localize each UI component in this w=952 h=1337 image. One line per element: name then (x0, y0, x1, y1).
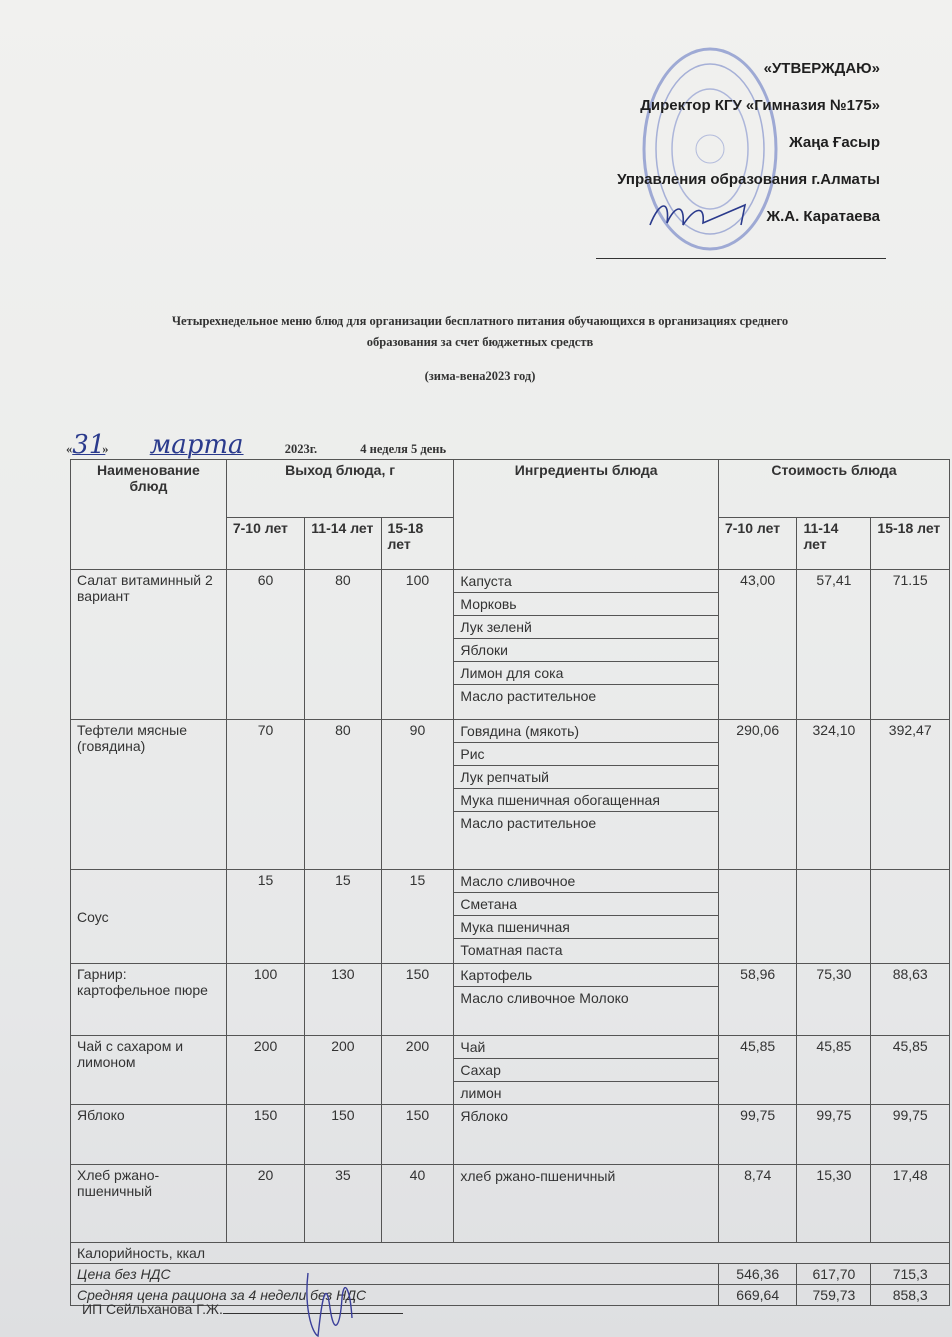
dish-price-age-1: 45,85 (718, 1036, 796, 1105)
dish-name: Яблоко (71, 1105, 227, 1165)
dish-weight-age-1: 100 (226, 964, 304, 1036)
ingredient-item: Капуста (454, 570, 718, 593)
date-line: «31» марта 2023г. 4 неделя 5 день (66, 430, 446, 460)
dish-weight-age-3: 40 (381, 1165, 454, 1243)
dish-price-age-2: 57,41 (797, 570, 871, 720)
dish-weight-age-3: 100 (381, 570, 454, 720)
title-line-2: образования за счет бюджетных средств (60, 332, 900, 353)
ingredient-item: Томатная паста (454, 939, 718, 961)
dish-weight-age-2: 80 (305, 720, 381, 870)
date-close-quote: » (102, 442, 108, 456)
dish-price-age-1: 8,74 (718, 1165, 796, 1243)
ingredient-item: лимон (454, 1082, 718, 1104)
dish-price-age-3: 392,47 (871, 720, 950, 870)
menu-row: Хлеб ржано-пшеничный203540хлеб ржано-пше… (71, 1165, 950, 1243)
menu-row: Гарнир: картофельное пюре100130150Картоф… (71, 964, 950, 1036)
dish-weight-age-2: 150 (305, 1105, 381, 1165)
menu-body: Салат витаминный 2 вариант6080100Капуста… (71, 570, 950, 1243)
director-signature-icon (645, 195, 755, 235)
dish-name: Чай с сахаром и лимоном (71, 1036, 227, 1105)
ingredient-item: Масло сливочное (454, 870, 718, 893)
approval-department: Управления образования г.Алматы (617, 161, 880, 198)
dish-price-age-2: 99,75 (797, 1105, 871, 1165)
dish-weight-age-1: 60 (226, 570, 304, 720)
dish-price-age-1: 290,06 (718, 720, 796, 870)
price-total-age-3: 715,3 (871, 1264, 950, 1285)
dish-weight-age-3: 200 (381, 1036, 454, 1105)
approval-position: Директор КГУ «Гимназия №175» (617, 87, 880, 124)
header-weight: Выход блюда, г (226, 460, 454, 518)
approval-school: Жаңа Ғасыр (617, 124, 880, 161)
header-dish-name: Наименование блюд (71, 460, 227, 570)
header-cost: Стоимость блюда (718, 460, 949, 518)
ingredient-item: Лимон для сока (454, 662, 718, 685)
header-cost-age-1: 7-10 лет (718, 518, 796, 570)
header-cost-age-3: 15-18 лет (871, 518, 950, 570)
dish-price-age-1: 99,75 (718, 1105, 796, 1165)
dish-name: Салат витаминный 2 вариант (71, 570, 227, 720)
dish-price-age-1: 58,96 (718, 964, 796, 1036)
ingredient-item: Чай (454, 1036, 718, 1059)
date-month: марта (112, 430, 282, 460)
dish-price-age-3 (871, 870, 950, 964)
ingredient-item: Масло растительное (454, 812, 718, 834)
dish-weight-age-1: 15 (226, 870, 304, 964)
dish-weight-age-2: 35 (305, 1165, 381, 1243)
dish-price-age-3: 17,48 (871, 1165, 950, 1243)
price-label: Цена без НДС (71, 1264, 719, 1285)
approval-signature-line (596, 258, 886, 259)
ingredient-item: Картофель (454, 964, 718, 987)
dish-ingredients: Яблоко (454, 1105, 719, 1165)
ingredient-item: Лук репчатый (454, 766, 718, 789)
price-total-age-1: 546,36 (718, 1264, 796, 1285)
ingredient-item: Мука пшеничная (454, 916, 718, 939)
dish-weight-age-1: 200 (226, 1036, 304, 1105)
date-year: 2023г. (285, 442, 317, 456)
avg-price-age-3: 858,3 (871, 1285, 950, 1306)
menu-row: Салат витаминный 2 вариант6080100Капуста… (71, 570, 950, 720)
dish-price-age-2 (797, 870, 871, 964)
document-title: Четырехнедельное меню блюд для организац… (60, 311, 900, 353)
approval-heading: «УТВЕРЖДАЮ» (617, 50, 880, 87)
dish-price-age-1: 43,00 (718, 570, 796, 720)
header-weight-age-3: 15-18 лет (381, 518, 454, 570)
dish-weight-age-3: 150 (381, 964, 454, 1036)
ingredient-item: Морковь (454, 593, 718, 616)
ingredient-item: Сметана (454, 893, 718, 916)
dish-ingredients: ЧайСахарлимон (454, 1036, 719, 1105)
ingredient-item: Сахар (454, 1059, 718, 1082)
supplier-name: ИП Сейльханова Г.Ж. (82, 1301, 223, 1317)
dish-weight-age-2: 80 (305, 570, 381, 720)
dish-name: Гарнир: картофельное пюре (71, 964, 227, 1036)
header-weight-age-1: 7-10 лет (226, 518, 304, 570)
avg-price-age-1: 669,64 (718, 1285, 796, 1306)
dish-name: Соус (71, 870, 227, 964)
dish-weight-age-2: 130 (305, 964, 381, 1036)
document-subtitle: (зима-вена2023 год) (60, 369, 900, 384)
dish-price-age-3: 99,75 (871, 1105, 950, 1165)
ingredient-item: Масло растительное (454, 685, 718, 707)
dish-ingredients: КапустаМорковьЛук зеленйЯблокиЛимон для … (454, 570, 719, 720)
totals-body: Калорийность, ккал Цена без НДС 546,36 6… (71, 1243, 950, 1306)
dish-weight-age-3: 150 (381, 1105, 454, 1165)
dish-name: Тефтели мясные (говядина) (71, 720, 227, 870)
price-total-age-2: 617,70 (797, 1264, 871, 1285)
dish-weight-age-2: 200 (305, 1036, 381, 1105)
ingredient-item: Масло сливочное Молоко (454, 987, 718, 1009)
header-ingredients: Ингредиенты блюда (454, 460, 719, 570)
ingredient-item: Мука пшеничная обогащенная (454, 789, 718, 812)
menu-row: Чай с сахаром и лимоном200200200ЧайСахар… (71, 1036, 950, 1105)
ingredient-item: Рис (454, 743, 718, 766)
dish-ingredients: Говядина (мякоть)РисЛук репчатыйМука пше… (454, 720, 719, 870)
dish-name: Хлеб ржано-пшеничный (71, 1165, 227, 1243)
ingredient-item: Яблоки (454, 639, 718, 662)
dish-price-age-3: 88,63 (871, 964, 950, 1036)
title-line-1: Четырехнедельное меню блюд для организац… (60, 311, 900, 332)
calories-label: Калорийность, ккал (71, 1243, 950, 1264)
menu-row: Соус151515Масло сливочноеСметанаМука пше… (71, 870, 950, 964)
avg-price-age-2: 759,73 (797, 1285, 871, 1306)
dish-weight-age-3: 15 (381, 870, 454, 964)
header-cost-age-2: 11-14 лет (797, 518, 871, 570)
dish-price-age-2: 45,85 (797, 1036, 871, 1105)
dish-ingredients: Масло сливочноеСметанаМука пшеничнаяТома… (454, 870, 719, 964)
dish-weight-age-1: 20 (226, 1165, 304, 1243)
ingredient-item: Яблоко (454, 1105, 718, 1127)
dish-price-age-3: 71.15 (871, 570, 950, 720)
dish-price-age-2: 15,30 (797, 1165, 871, 1243)
supplier-signature-icon (300, 1268, 360, 1337)
dish-ingredients: КартофельМасло сливочное Молоко (454, 964, 719, 1036)
menu-row: Яблоко150150150Яблоко99,7599,7599,75 (71, 1105, 950, 1165)
dish-weight-age-2: 15 (305, 870, 381, 964)
dish-price-age-2: 75,30 (797, 964, 871, 1036)
dish-price-age-3: 45,85 (871, 1036, 950, 1105)
menu-row: Тефтели мясные (говядина)708090Говядина … (71, 720, 950, 870)
dish-price-age-2: 324,10 (797, 720, 871, 870)
date-day: 31 (72, 430, 102, 460)
dish-weight-age-3: 90 (381, 720, 454, 870)
header-weight-age-2: 11-14 лет (305, 518, 381, 570)
menu-table: Наименование блюд Выход блюда, г Ингреди… (70, 459, 950, 1306)
dish-ingredients: хлеб ржано-пшеничный (454, 1165, 719, 1243)
ingredient-item: Говядина (мякоть) (454, 720, 718, 743)
dish-weight-age-1: 70 (226, 720, 304, 870)
ingredient-item: Лук зеленй (454, 616, 718, 639)
week-day-label: 4 неделя 5 день (360, 442, 446, 456)
dish-price-age-1 (718, 870, 796, 964)
dish-weight-age-1: 150 (226, 1105, 304, 1165)
ingredient-item: хлеб ржано-пшеничный (454, 1165, 718, 1187)
